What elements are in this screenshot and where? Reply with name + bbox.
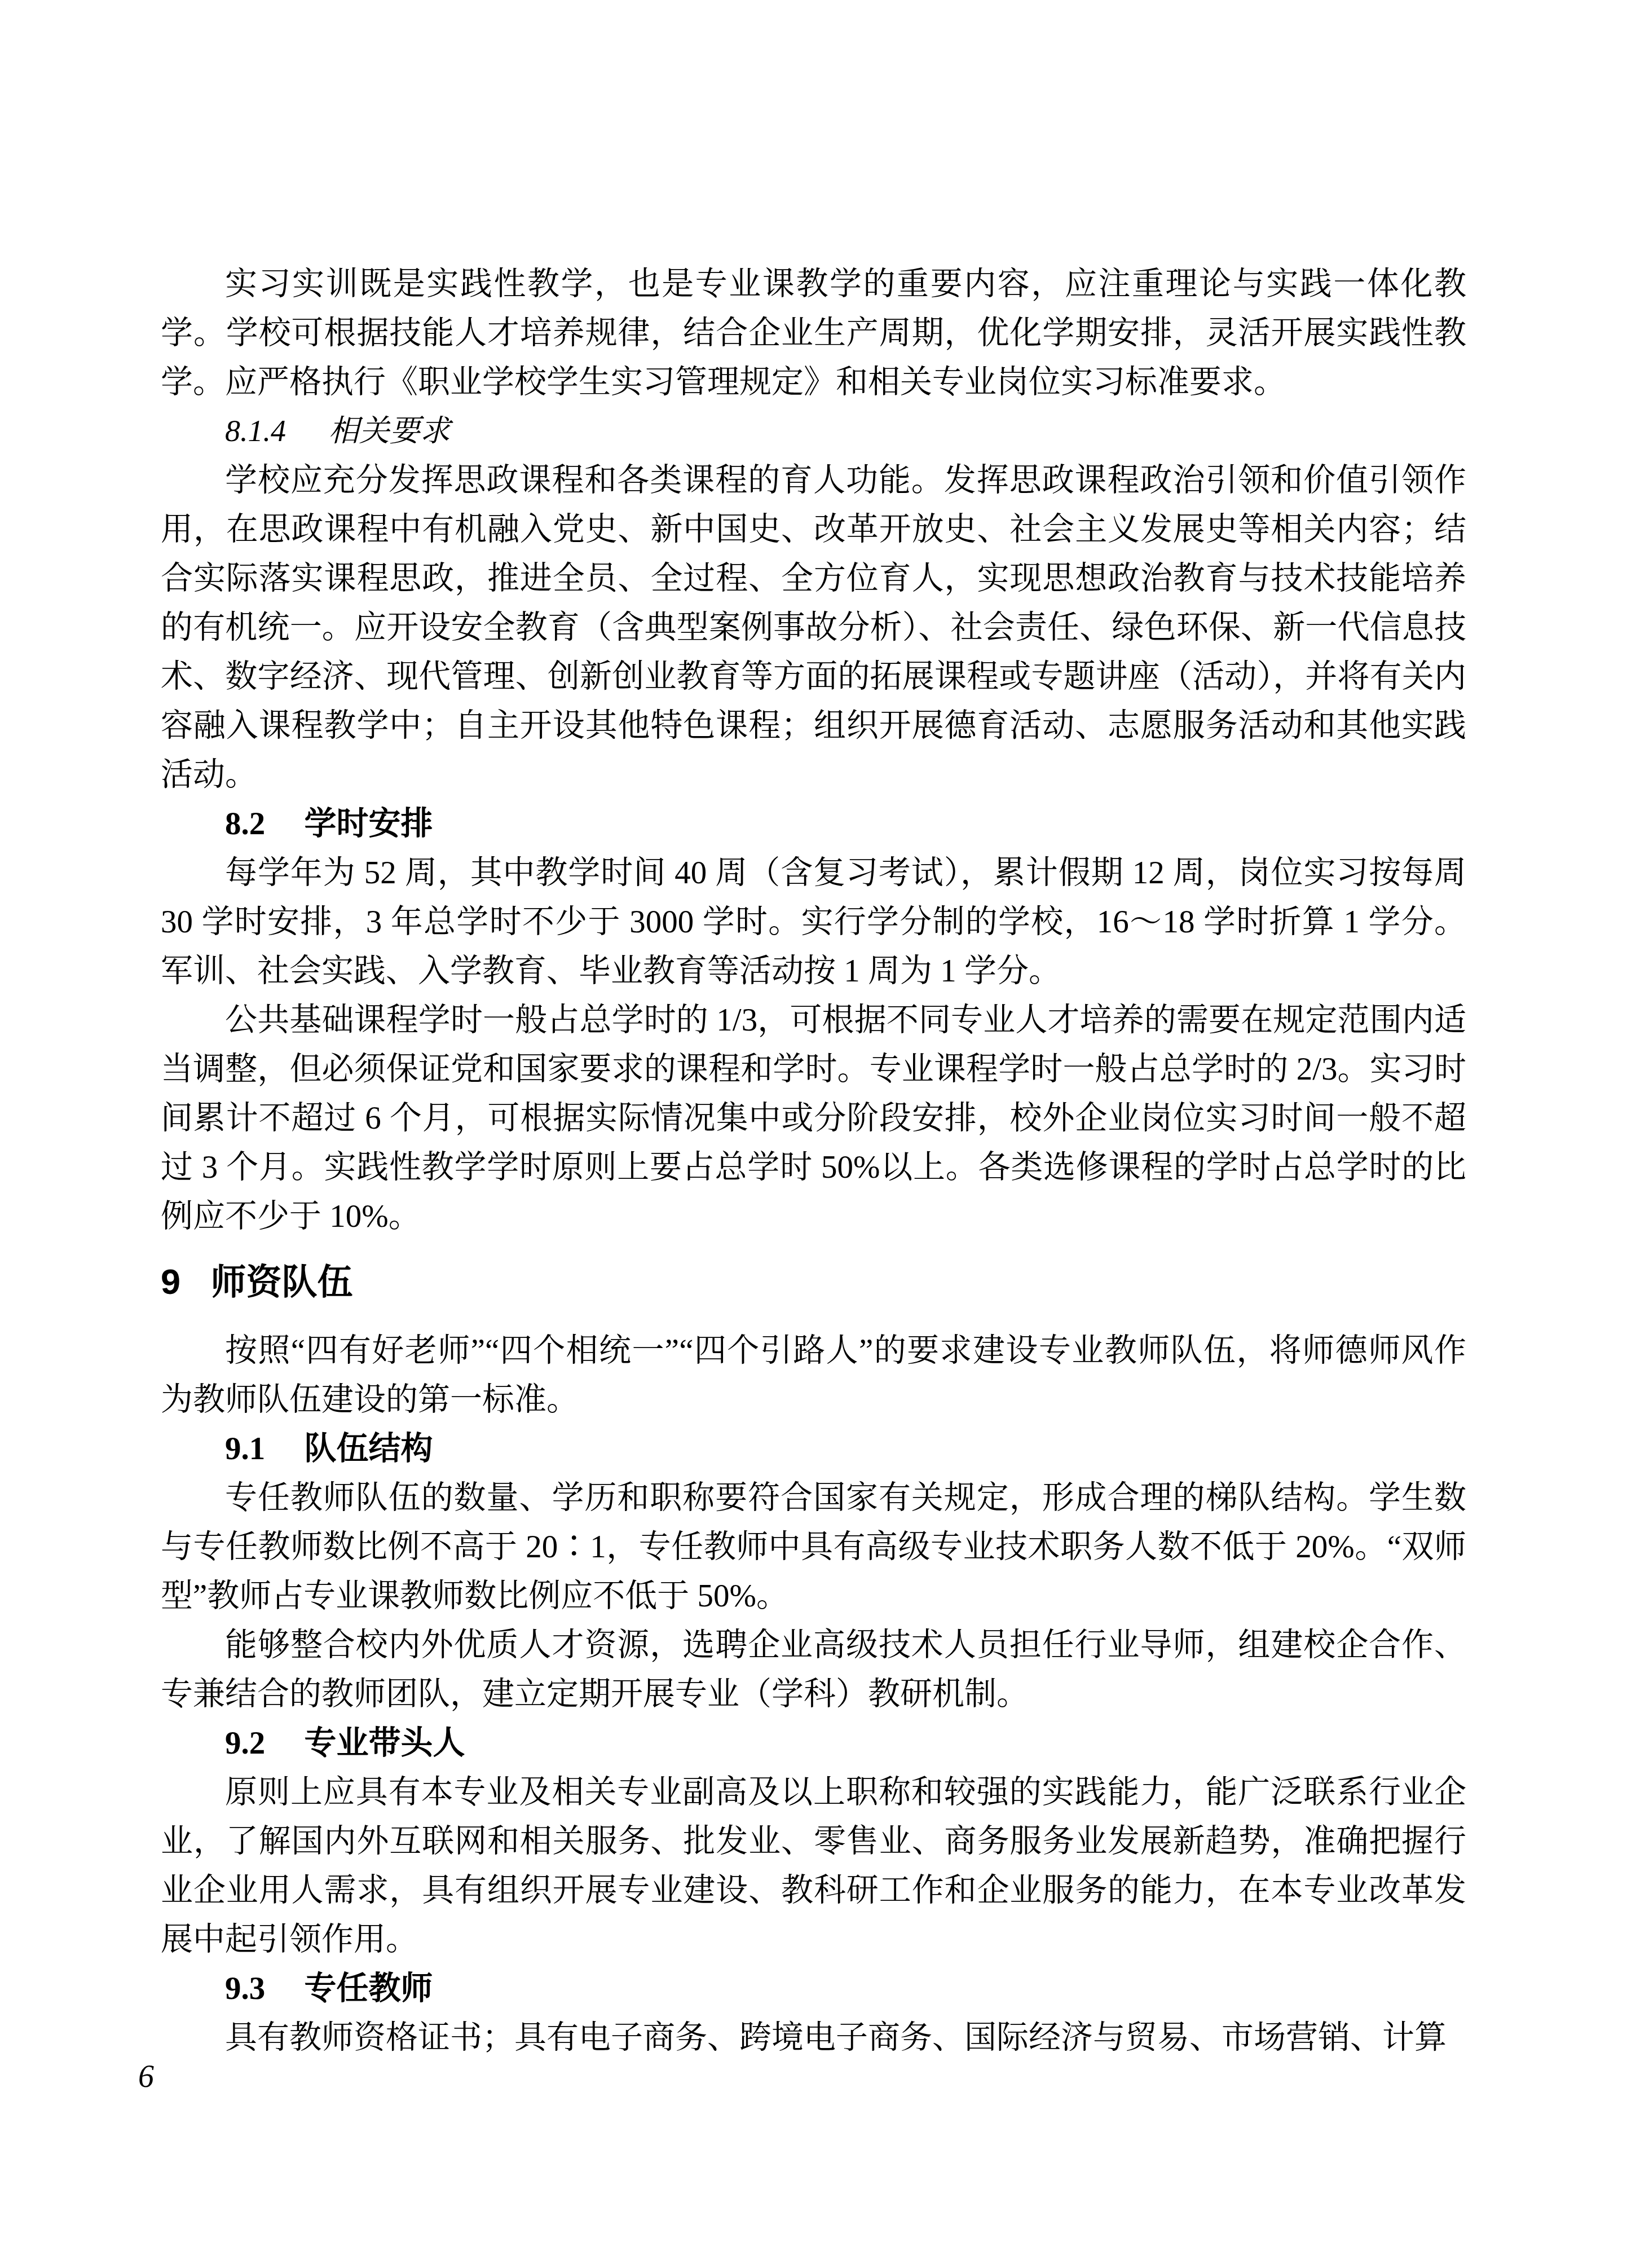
paragraph-school-year-weeks: 每学年为 52 周，其中教学时间 40 周（含复习考试），累计假期 12 周，岗… (161, 848, 1466, 996)
heading-title: 队伍结构 (305, 1430, 433, 1467)
heading-9-teaching-staff: 9 师资队伍 (161, 1257, 1466, 1307)
paragraph-teacher-certificates: 具有教师资格证书；具有电子商务、跨境电子商务、国际经济与贸易、市场营销、计算 (161, 2013, 1466, 2062)
heading-title: 专业带头人 (305, 1725, 465, 1761)
heading-9-2-program-leader: 9.2 专业带头人 (161, 1719, 1466, 1768)
document-page: 实习实训既是实践性教学，也是专业课教学的重要内容，应注重理论与实践一体化教学。学… (0, 0, 1627, 2268)
heading-title: 学时安排 (305, 805, 433, 842)
paragraph-teacher-ratios: 专任教师队伍的数量、学历和职称要符合国家有关规定，形成合理的梯队结构。学生数与专… (161, 1473, 1466, 1620)
heading-number: 9 (161, 1262, 180, 1302)
heading-number: 9.3 (225, 1971, 265, 2006)
paragraph-course-hour-ratios: 公共基础课程学时一般占总学时的 1/3，可根据不同专业人才培养的需要在规定范围内… (161, 996, 1466, 1241)
heading-number: 8.2 (225, 806, 265, 842)
heading-number: 9.1 (225, 1431, 265, 1467)
paragraph-ideological-education: 学校应充分发挥思政课程和各类课程的育人功能。发挥思政课程政治引领和价值引领作用，… (161, 456, 1466, 799)
page-number: 6 (138, 2060, 154, 2094)
heading-title: 师资队伍 (211, 1262, 353, 1302)
heading-8-1-4-related-requirements: 8.1.4 相关要求 (161, 407, 1466, 456)
heading-number: 8.1.4 (225, 414, 286, 448)
paragraph-leader-qualifications: 原则上应具有本专业及相关专业副高及以上职称和较强的实践能力，能广泛联系行业企业，… (161, 1768, 1466, 1964)
heading-8-2-class-hours: 8.2 学时安排 (161, 799, 1466, 848)
document-content: 实习实训既是实践性教学，也是专业课教学的重要内容，应注重理论与实践一体化教学。学… (161, 259, 1466, 2062)
paragraph-teacher-team-standard: 按照“四有好老师”“四个相统一”“四个引路人”的要求建设专业教师队伍，将师德师风… (161, 1326, 1466, 1424)
heading-title: 相关要求 (329, 414, 451, 448)
heading-number: 9.2 (225, 1725, 265, 1761)
heading-9-1-team-structure: 9.1 队伍结构 (161, 1424, 1466, 1473)
heading-9-3-full-time-teachers: 9.3 专任教师 (161, 1964, 1466, 2013)
heading-title: 专任教师 (305, 1970, 433, 2006)
paragraph-practical-training: 实习实训既是实践性教学，也是专业课教学的重要内容，应注重理论与实践一体化教学。学… (161, 259, 1466, 407)
paragraph-industry-mentors: 能够整合校内外优质人才资源，选聘企业高级技术人员担任行业导师，组建校企合作、专兼… (161, 1620, 1466, 1719)
